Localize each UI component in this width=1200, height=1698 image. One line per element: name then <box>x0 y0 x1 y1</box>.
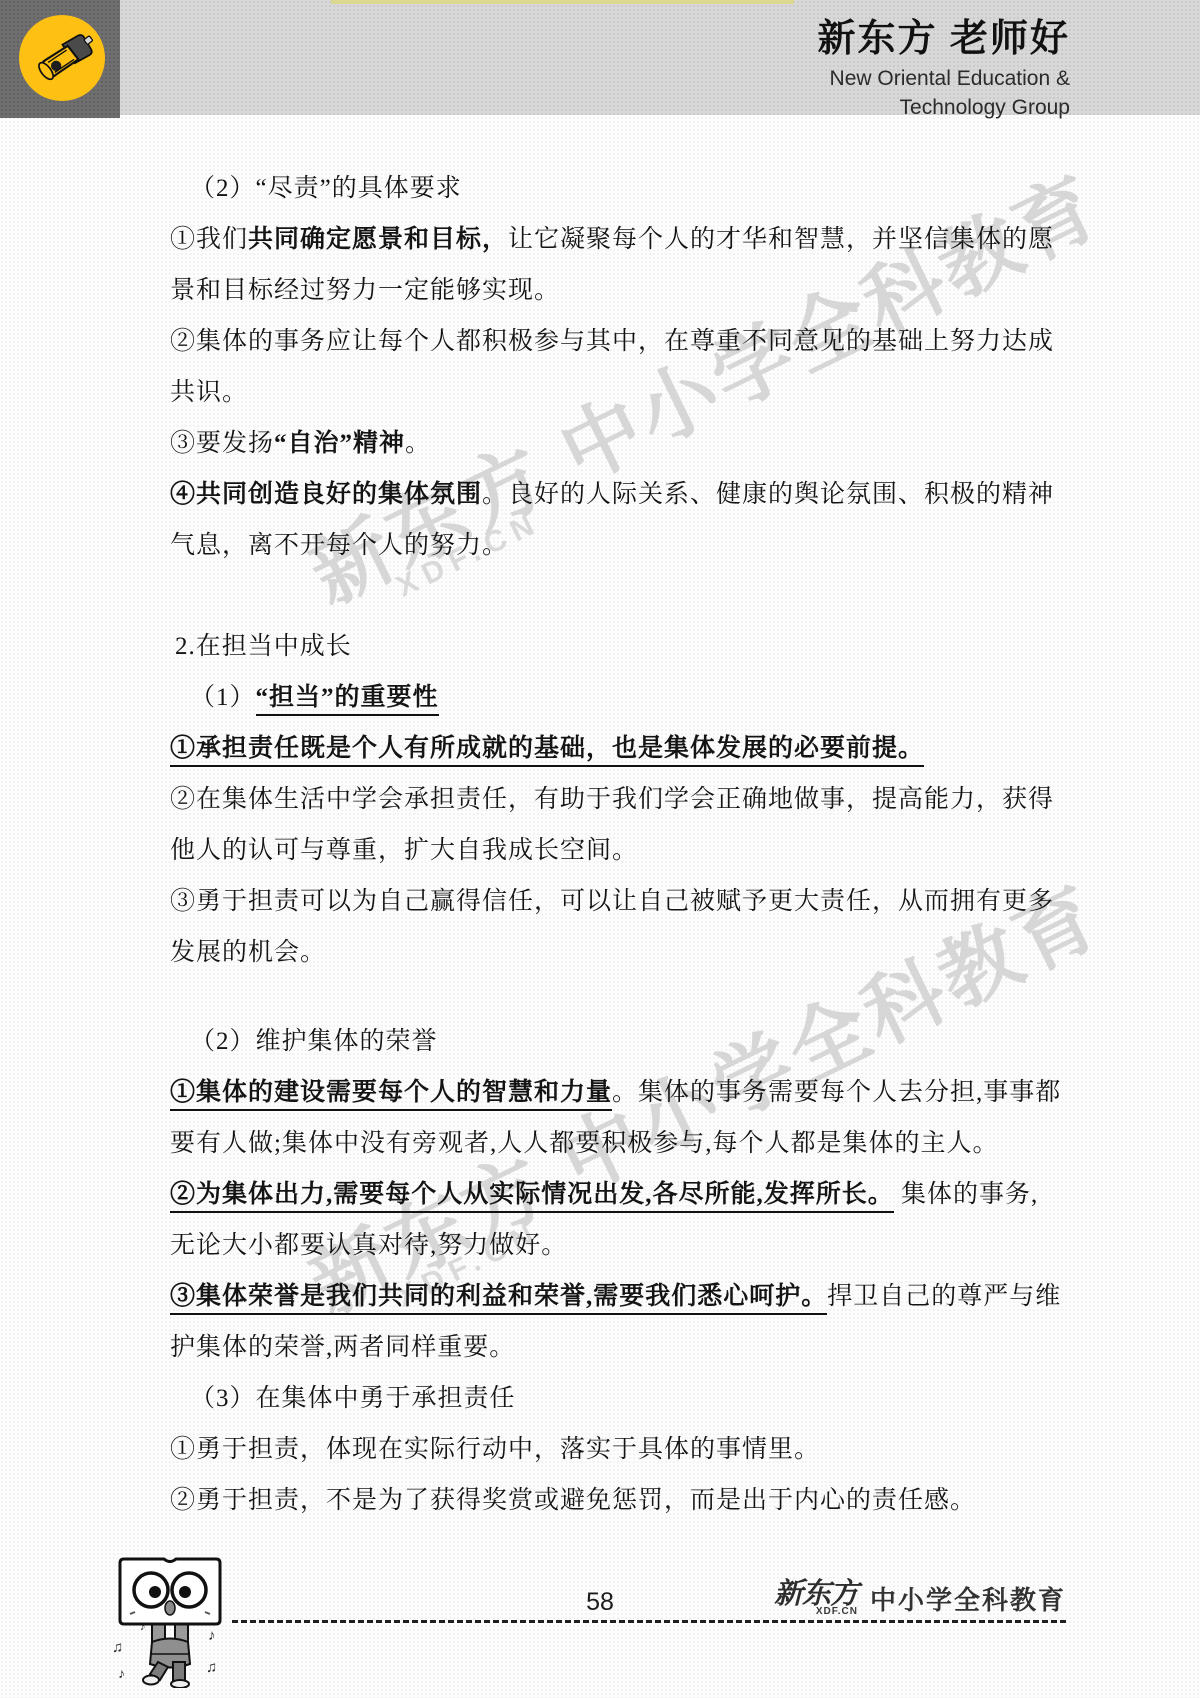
text-line: ①承担责任既是个人有所成就的基础，也是集体发展的必要前提。 <box>170 723 1015 774</box>
owl-book-mascot: ♫ ♪ ♪ ♫ ♪ <box>110 1550 230 1688</box>
text-run: ②为集体出力,需要每个人从实际情况出发,各尽所能,发挥所长。 <box>170 1181 894 1213</box>
brand-subtitle-line2: Technology Group <box>817 93 1070 122</box>
text-run: （2）维护集体的荣誉 <box>190 1028 438 1055</box>
text-line: ②集体的事务应让每个人都积极参与其中，在尊重不同意见的基础上努力达成 <box>170 316 1015 367</box>
text-line: ②在集体生活中学会承担责任，有助于我们学会正确地做事，提高能力，获得 <box>170 774 1015 825</box>
text-line: （3）在集体中勇于承担责任 <box>170 1373 1015 1424</box>
text-run: 护集体的荣誉,两者同样重要。 <box>170 1334 515 1361</box>
text-line: （2）维护集体的荣誉 <box>170 1016 1015 1067</box>
text-run: ②勇于担责，不是为了获得奖赏或避免惩罚，而是出于内心的责任感。 <box>170 1487 976 1514</box>
text-line: ②勇于担责，不是为了获得奖赏或避免惩罚，而是出于内心的责任感。 <box>170 1475 1015 1526</box>
svg-text:♪: ♪ <box>208 1628 216 1644</box>
text-run: ②集体的事务应让每个人都积极参与其中，在尊重不同意见的基础上努力达成 <box>170 328 1054 355</box>
text-line: 无论大小都要认真对待,努力做好。 <box>170 1220 1015 1271</box>
text-run: 。良好的人际关系、健康的舆论氛围、积极的精神 <box>482 481 1054 508</box>
text-run: 集体的事务, <box>894 1181 1039 1208</box>
text-run: ①我们 <box>170 226 248 253</box>
brand-block: 新东方 老师好 New Oriental Education & Technol… <box>817 18 1070 122</box>
text-line: ①我们共同确定愿景和目标，让它凝聚每个人的才华和智慧，并坚信集体的愿 <box>170 214 1015 265</box>
logo-circle <box>19 15 105 101</box>
svg-text:♫: ♫ <box>112 1640 123 1656</box>
text-run: 2.在担当中成长 <box>175 633 352 660</box>
text-run: 共识。 <box>170 379 248 406</box>
text-line: ④共同创造良好的集体氛围。良好的人际关系、健康的舆论氛围、积极的精神 <box>170 469 1015 520</box>
text-line: ①集体的建设需要每个人的智慧和力量。集体的事务需要每个人去分担,事事都 <box>170 1067 1015 1118</box>
text-run: 让它凝聚每个人的才华和智慧，并坚信集体的愿 <box>508 226 1054 253</box>
footer-logo-domain: XDF.CN <box>816 1607 858 1617</box>
text-line: ③要发扬“自治”精神。 <box>170 418 1015 469</box>
text-run: 。集体的事务需要每个人去分担,事事都 <box>612 1079 1061 1106</box>
text-run: 气息，离不开每个人的努力。 <box>170 532 508 559</box>
text-run: （1） <box>190 684 256 711</box>
svg-text:♫: ♫ <box>206 1660 217 1676</box>
document-body: （2）“尽责”的具体要求①我们共同确定愿景和目标，让它凝聚每个人的才华和智慧，并… <box>170 163 1015 1526</box>
svg-text:♪: ♪ <box>118 1667 125 1682</box>
megaphone-icon <box>26 22 98 94</box>
footer-dashed-divider <box>232 1620 1066 1623</box>
header-bar: 新东方 老师好 New Oriental Education & Technol… <box>0 0 1200 115</box>
text-run: 景和目标经过努力一定能够实现。 <box>170 277 560 304</box>
text-line: ②为集体出力,需要每个人从实际情况出发,各尽所能,发挥所长。 集体的事务, <box>170 1169 1015 1220</box>
text-run: ①承担责任既是个人有所成就的基础，也是集体发展的必要前提。 <box>170 735 924 767</box>
footer-logo-suffix: 中小学全科教育 <box>870 1580 1066 1617</box>
text-run: （2）“尽责”的具体要求 <box>190 175 462 202</box>
text-run: 。 <box>405 430 431 457</box>
text-line: 景和目标经过努力一定能够实现。 <box>170 265 1015 316</box>
text-line: 要有人做;集体中没有旁观者,人人都要积极参与,每个人都是集体的主人。 <box>170 1118 1015 1169</box>
scanned-document-page: { "header": { "brand_title": "新东方 老师好", … <box>0 0 1200 1698</box>
text-run: 他人的认可与尊重，扩大自我成长空间。 <box>170 837 638 864</box>
text-line: 他人的认可与尊重，扩大自我成长空间。 <box>170 825 1015 876</box>
text-line: ③勇于担责可以为自己赢得信任，可以让自己被赋予更大责任，从而拥有更多 <box>170 876 1015 927</box>
text-run: “担当”的重要性 <box>256 684 439 716</box>
text-run: 共同确定愿景和目标， <box>248 226 508 253</box>
text-line: 2.在担当中成长 <box>170 621 1015 672</box>
text-line: 发展的机会。 <box>170 927 1015 978</box>
text-run: 无论大小都要认真对待,努力做好。 <box>170 1232 567 1259</box>
text-line: ③集体荣誉是我们共同的利益和荣誉,需要我们悉心呵护。捍卫自己的尊严与维 <box>170 1271 1015 1322</box>
brand-title: 新东方 老师好 <box>817 18 1070 60</box>
text-run: 发展的机会。 <box>170 939 326 966</box>
text-run: ③要发扬 <box>170 430 274 457</box>
text-run: ④共同创造良好的集体氛围 <box>170 481 482 508</box>
text-line: （1）“担当”的重要性 <box>170 672 1015 723</box>
top-accent-strip <box>331 0 794 4</box>
text-run: ③勇于担责可以为自己赢得信任，可以让自己被赋予更大责任，从而拥有更多 <box>170 888 1054 915</box>
logo-tile <box>0 0 120 118</box>
footer-logo-cn: 新东方 <box>774 1580 858 1609</box>
text-run: 要有人做;集体中没有旁观者,人人都要积极参与,每个人都是集体的主人。 <box>170 1130 998 1157</box>
text-run: ①集体的建设需要每个人的智慧和力量 <box>170 1079 612 1111</box>
text-run: “自治”精神 <box>274 430 405 457</box>
text-run: 捍卫自己的尊严与维 <box>827 1283 1061 1310</box>
text-line: 气息，离不开每个人的努力。 <box>170 520 1015 571</box>
text-line: 护集体的荣誉,两者同样重要。 <box>170 1322 1015 1373</box>
footer-logo: 新东方 XDF.CN 中小学全科教育 <box>774 1580 1066 1617</box>
footer-logo-mark: 新东方 XDF.CN <box>774 1580 858 1617</box>
text-line: （2）“尽责”的具体要求 <box>170 163 1015 214</box>
text-run: ①勇于担责，体现在实际行动中，落实于具体的事情里。 <box>170 1436 820 1463</box>
brand-subtitle-line1: New Oriental Education & <box>817 64 1070 93</box>
text-run: ②在集体生活中学会承担责任，有助于我们学会正确地做事，提高能力，获得 <box>170 786 1054 813</box>
text-line: 共识。 <box>170 367 1015 418</box>
text-run: （3）在集体中勇于承担责任 <box>190 1385 516 1412</box>
text-run: ③集体荣誉是我们共同的利益和荣誉,需要我们悉心呵护。 <box>170 1283 827 1315</box>
text-line: ①勇于担责，体现在实际行动中，落实于具体的事情里。 <box>170 1424 1015 1475</box>
